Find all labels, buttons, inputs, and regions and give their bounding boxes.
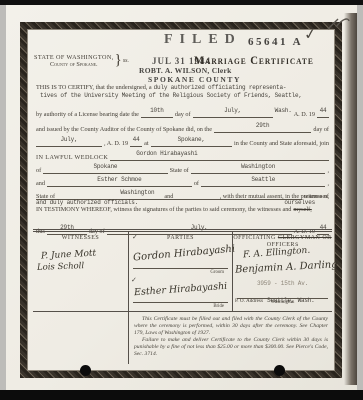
county-name-stamp: SPOKANE COUNTY [148,75,241,84]
instructions-paragraph-1: This Certificate must be filled out and … [134,316,328,337]
bride-label: Bride [213,304,224,309]
po-state-label: Washington [233,300,332,305]
table-bottom-rule [33,311,332,312]
testimony-line: IN TESTIMONY WHEREOF, witness the signat… [36,206,329,213]
officiant-address-typed: 3959 - 15th Av. [257,280,308,287]
signature-table: WITNESSES P. June Mott Lois Scholl ✓ PAR… [33,229,332,311]
officiating-header: OFFICIATING CLERGYMAN OR OFFICERs [233,232,332,248]
typed-role-1: duly authorized officiating representa- [154,84,287,91]
county-line: County of Spokane. [34,61,114,68]
officiant-signature-2: Benjamin A. Darling [235,259,338,275]
witnesses-header: WITNESSES [33,232,128,241]
bride-signature: Esther Hirabayashi [134,281,228,298]
state-line: STATE OF WASHINGTON, [34,54,114,61]
file-number: 65641 A [248,36,303,48]
certificate-title: Marriage Certificate [194,55,314,67]
state-county-block: STATE OF WASHINGTON, County of Spokane. … [34,52,129,69]
scan-edge-bottom [0,390,363,400]
checkmark-parties: ✓ [132,233,138,241]
groom-label: Groom [210,270,224,275]
ss-abbrev: ss. [123,58,129,64]
certify-text: THIS IS TO CERTIFY, that the undersigned… [36,84,152,91]
column-divider-extension [128,311,129,364]
witness-signature-1: P. June Mott [41,249,97,262]
parties-header: PARTIES [129,232,232,241]
checkmark-bride: ✓ [131,276,137,284]
filing-instructions: This Certificate must be filled out and … [134,316,328,358]
binding-shadow [344,13,357,385]
witnesses-column: WITNESSES P. June Mott Lois Scholl [33,232,128,311]
punch-hole-right [274,365,285,376]
certificate-paper: FILED 65641 A ✓ STATE OF WASHINGTON, Cou… [6,5,357,390]
typed-ourselves: ourselves [284,199,315,206]
filed-stamp: FILED [164,32,242,48]
groom-signature-line [133,268,228,269]
typed-officials: and duly authorized officials. [36,199,138,206]
typed-role-line: tives of the University Meeting of the R… [40,92,329,99]
po-address-line [237,298,328,299]
witness-signature-2: Lois Scholl [37,261,84,273]
punch-hole-left [80,365,91,376]
officiating-word: OFFICIATING [233,235,276,241]
testimony-text: IN TESTIMONY WHEREOF, witness the signat… [36,206,291,213]
brace-glyph: } [115,52,122,69]
certify-line: THIS IS TO CERTIFY, that the undersigned… [36,84,329,91]
checkmark-pencil: ✓ [303,24,318,45]
scanned-document-page: FILED 65641 A ✓ STATE OF WASHINGTON, Cou… [0,0,363,400]
myself-struck: myself, [293,206,311,213]
bride-signature-line [133,302,228,303]
clerk-name-stamp: ROBT. A. WILSON, Clerk [139,66,232,75]
instructions-paragraph-2: Failure to make and deliver Certificate … [134,337,328,358]
officiating-column: OFFICIATING CLERGYMAN OR OFFICERs F. A. … [232,232,332,311]
typed-wash: Wash. [275,107,292,114]
typed-officials-line: and duly authorized officials. ourselves [36,199,329,206]
parties-column: ✓ PARTIES Gordon Hirabayashi Groom ✓ Est… [128,232,232,311]
clergyman-struck: CLERGYMAN OR [278,235,332,241]
groom-signature: Gordon Hirabayashi [133,244,236,264]
typed-role-2: tives of the University Meeting of the R… [40,92,302,99]
